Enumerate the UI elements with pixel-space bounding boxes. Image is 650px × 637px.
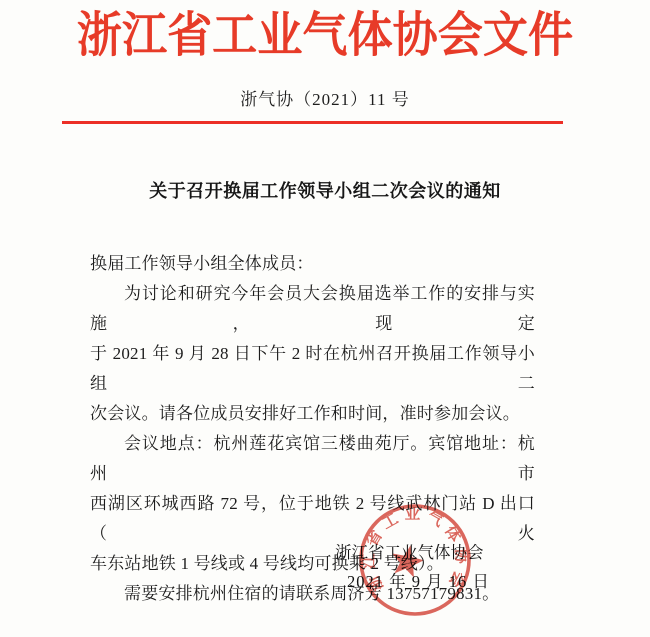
body-line: 西湖区环城西路 72 号，位于地铁 2 号线武林门站 D 出口（火	[90, 489, 535, 549]
document-page: 浙江省工业气体协会文件 浙气协（2021）11 号 关于召开换届工作领导小组二次…	[0, 0, 650, 637]
salutation-line: 换届工作领导小组全体成员：	[90, 249, 535, 279]
letterhead-divider-rule	[62, 121, 563, 124]
document-number: 浙气协（2021）11 号	[0, 90, 650, 110]
letterhead-title: 浙江省工业气体协会文件	[20, 6, 631, 66]
document-title: 关于召开换届工作领导小组二次会议的通知	[0, 180, 650, 202]
body-line: 会议地点：杭州莲花宾馆三楼曲苑厅。宾馆地址：杭州市	[90, 429, 535, 489]
signature-organization: 浙江省工业气体协会	[335, 543, 484, 563]
signature-date: 2021 年 9 月 16 日	[347, 572, 490, 592]
body-line: 为讨论和研究今年会员大会换届选举工作的安排与实施，现定	[90, 279, 535, 339]
body-line: 次会议。请各位成员安排好工作和时间，准时参加会议。	[90, 399, 535, 429]
body-line: 于 2021 年 9 月 28 日下午 2 时在杭州召开换届工作领导小组二	[90, 339, 535, 399]
